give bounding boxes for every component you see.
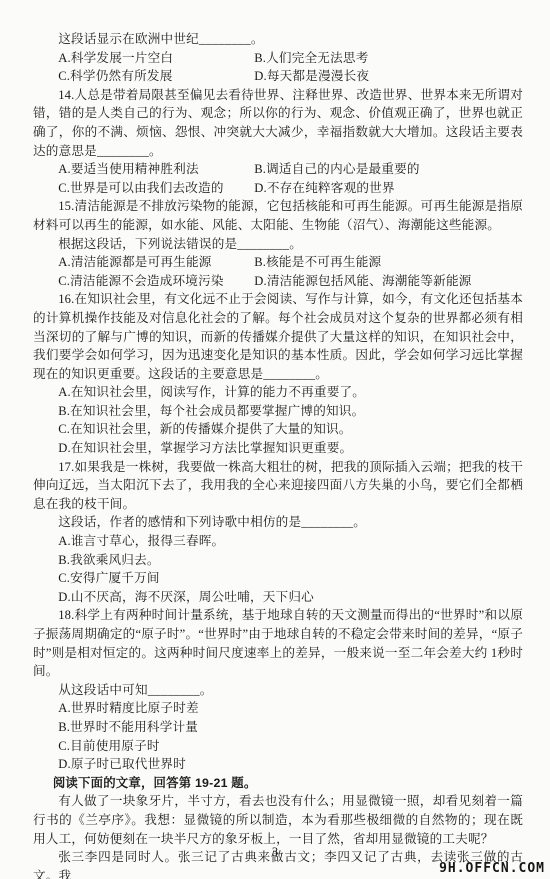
exam-page: 这段话显示在欧洲中世纪________。A.科学发展一片空白B.人们完全无法思考…	[0, 0, 550, 879]
option-item: A.世界时精度比原子时差	[33, 699, 523, 718]
question-paragraph: 15.清洁能源是不排放污染物的能源，它包括核能和可再生能源。可再生能源是指原材料…	[33, 197, 523, 234]
option-row: C.科学仍然有所发展D.每天都是漫漫长夜	[33, 67, 523, 86]
option-item: C.在知识社会里，新的传播媒介提供了大量的知识。	[33, 420, 523, 439]
option-item: A.在知识社会里，阅读写作，计算的能力不再重要了。	[33, 383, 523, 402]
watermark: 9H.OFFCN.COM	[439, 861, 545, 876]
option-row: C.世界是可以由我们去改造的D.不存在纯粹客观的世界	[33, 179, 523, 198]
question-paragraph: 这段话显示在欧洲中世纪________。	[33, 30, 523, 49]
question-paragraph: 根据这段话，下列说法错误的是________。	[33, 235, 523, 254]
option-item: A.要适当使用精神胜利法	[58, 160, 254, 179]
option-item: B.人们完全无法思考	[254, 49, 523, 68]
option-item: C.目前使用原子时	[33, 737, 523, 756]
option-item: B.我欲乘风归去。	[33, 551, 523, 570]
option-item: A.清洁能源都是可再生能源	[58, 253, 254, 272]
option-item: B.在知识社会里，每个社会成员都要掌握广博的知识。	[33, 402, 523, 421]
question-paragraph: 14.人总是带着局限甚至偏见去看待世界、注释世界、改造世界、世界本来无所谓对错，…	[33, 86, 523, 160]
question-paragraph: 16.在知识社会里，有文化远不止于会阅读、写作与计算，如今，有文化还包括基本的计…	[33, 290, 523, 383]
option-item: D.清洁能源包括风能、海潮能等新能源	[254, 272, 523, 291]
option-row: A.清洁能源都是可再生能源B.核能是不可再生能源	[33, 253, 523, 272]
exam-text-body: 这段话显示在欧洲中世纪________。A.科学发展一片空白B.人们完全无法思考…	[33, 30, 523, 879]
option-item: A.科学发展一片空白	[58, 49, 254, 68]
section-heading: 阅读下面的文章，回答第 19-21 题。	[33, 774, 523, 793]
option-row: A.科学发展一片空白B.人们完全无法思考	[33, 49, 523, 68]
option-item: D.不存在纯粹客观的世界	[254, 179, 523, 198]
option-item: D.山不厌高，海不厌深，周公吐哺，天下归心	[33, 588, 523, 607]
question-paragraph: 18.科学上有两种时间计量系统，基于地球自转的天文测量而得出的“世界时”和以原子…	[33, 606, 523, 680]
option-item: D.每天都是漫漫长夜	[254, 67, 523, 86]
option-item: D.在知识社会里，掌握学习方法比掌握知识更重要。	[33, 439, 523, 458]
option-item: C.科学仍然有所发展	[58, 67, 254, 86]
option-item: C.清洁能源不会造成环境污染	[58, 272, 254, 291]
option-item: C.世界是可以由我们去改造的	[58, 179, 254, 198]
question-paragraph: 有人做了一块象牙片，半寸方，看去也没有什么；用显微镜一照，却看见刻着一篇行书的《…	[33, 792, 523, 848]
option-row: A.要适当使用精神胜利法B.调适自己的内心是最重要的	[33, 160, 523, 179]
option-row: C.清洁能源不会造成环境污染D.清洁能源包括风能、海潮能等新能源	[33, 272, 523, 291]
option-item: B.核能是不可再生能源	[254, 253, 523, 272]
question-paragraph: 17.如果我是一株树，我要做一株高大粗壮的树，把我的顶际插入云端；把我的枝干伸向…	[33, 458, 523, 514]
question-paragraph: 从这段话中可知________。	[33, 681, 523, 700]
page-number: 3	[0, 845, 550, 860]
option-item: D.原子时已取代世界时	[33, 755, 523, 774]
option-item: B.世界时不能用科学计量	[33, 718, 523, 737]
option-item: B.调适自己的内心是最重要的	[254, 160, 523, 179]
question-paragraph: 这段话，作者的感情和下列诗歌中相仿的是________。	[33, 513, 523, 532]
option-item: C.安得广厦千万间	[33, 569, 523, 588]
option-item: A.谁言寸草心，报得三春晖。	[33, 532, 523, 551]
